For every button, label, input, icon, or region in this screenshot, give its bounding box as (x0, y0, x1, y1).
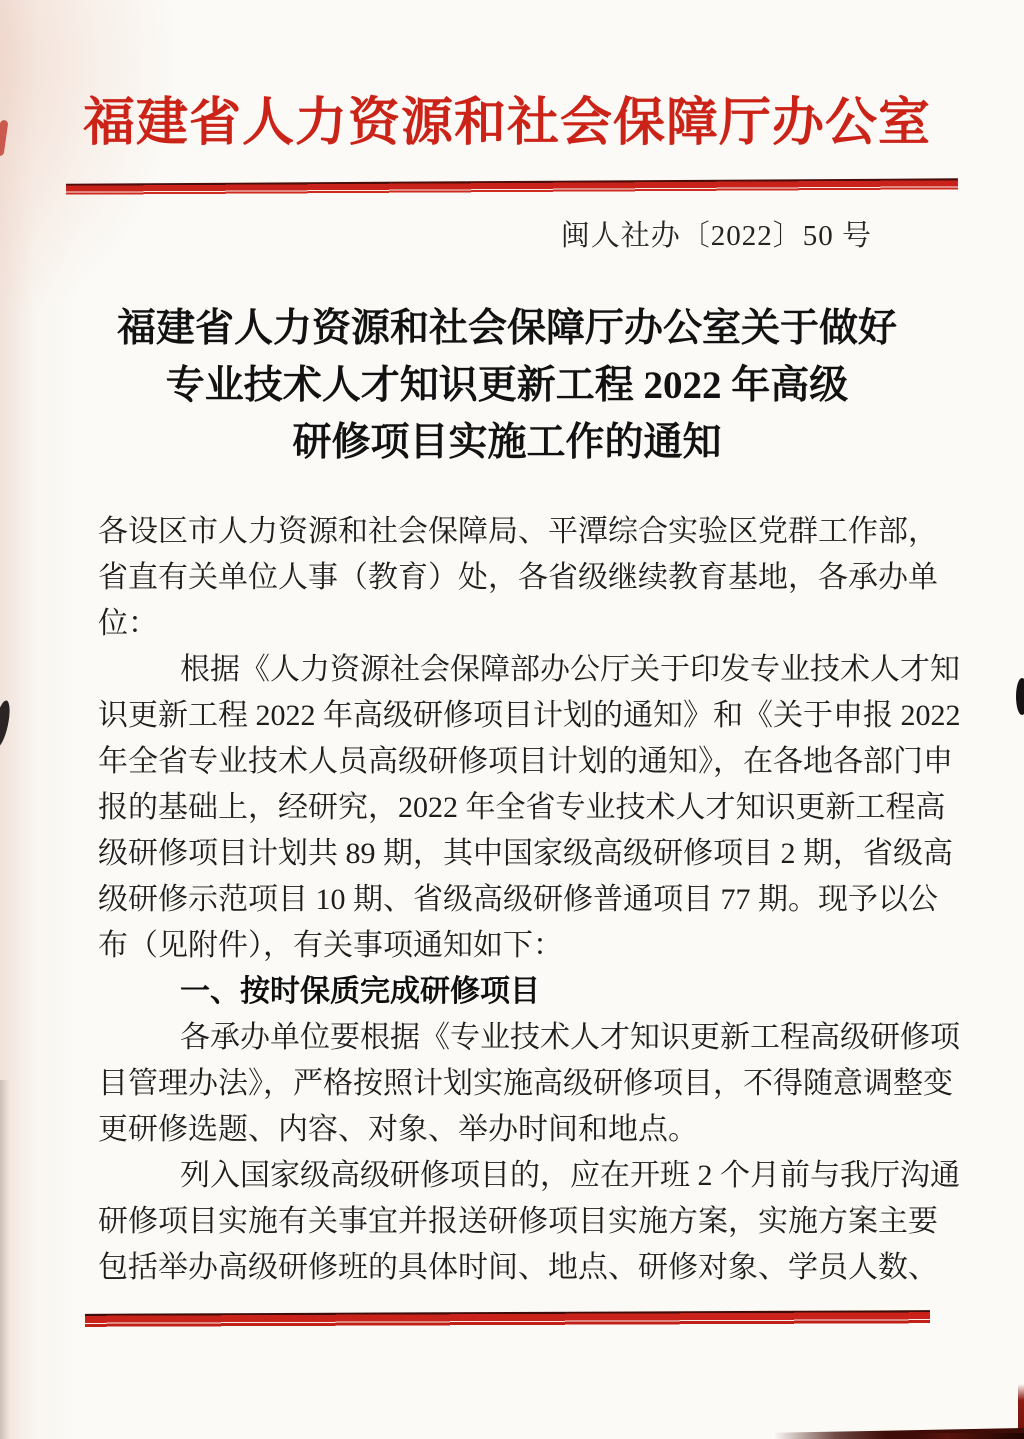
scanned-official-notice-page: 福建省人力资源和社会保障厅办公室 闽人社办〔2022〕50 号 福建省人力资源和… (0, 0, 1024, 1439)
body-line: 级研修示范项目 10 期、省级高级研修普通项目 77 期。现予以公 (98, 877, 918, 923)
header-divider-line (66, 178, 958, 195)
section-heading: 一、按时保质完成研修项目 (98, 969, 918, 1015)
scan-ink-blob-right (1016, 678, 1024, 715)
body-line: 级研修项目计划共 89 期，其中国家级高级研修项目 2 期，省级高 (98, 831, 918, 877)
document-number: 闽人社办〔2022〕50 号 (0, 219, 872, 253)
body-line: 列入国家级高级研修项目的，应在开班 2 个月前与我厅沟通 (98, 1153, 918, 1199)
title-line-2: 专业技术人才知识更新工程 2022 年高级 (0, 357, 1014, 414)
body-line: 报的基础上，经研究，2022 年全省专业技术人才知识更新工程高 (98, 785, 918, 831)
document-title: 福建省人力资源和社会保障厅办公室关于做好 专业技术人才知识更新工程 2022 年… (0, 300, 1014, 471)
body-line: 布（见附件），有关事项通知如下： (98, 923, 918, 969)
title-line-1: 福建省人力资源和社会保障厅办公室关于做好 (0, 300, 1014, 357)
body-line: 研修项目实施有关事宜并报送研修项目实施方案，实施方案主要 (98, 1199, 918, 1245)
body-line: 各承办单位要根据《专业技术人才知识更新工程高级研修项 (98, 1015, 918, 1061)
body-line: 年全省专业技术人员高级研修项目计划的通知》，在各地各部门申 (98, 739, 918, 785)
scan-ink-blob-left (0, 699, 13, 749)
body-line: 根据《人力资源社会保障部办公厅关于印发专业技术人才知 (98, 647, 918, 693)
body-line: 包括举办高级研修班的具体时间、地点、研修对象、学员人数、 (98, 1245, 918, 1291)
scan-corner-edge-dark (914, 1433, 1024, 1439)
letterhead-org-name: 福建省人力资源和社会保障厅办公室 (0, 92, 1014, 156)
scan-topleft-tint (0, 0, 180, 320)
footer-divider-line (85, 1310, 930, 1329)
scan-bottomleft-edge (0, 1080, 10, 1439)
body-line: 各设区市人力资源和社会保障局、平潭综合实验区党群工作部， (98, 509, 918, 555)
body-line: 省直有关单位人事（教育）处，各省级继续教育基地，各承办单 (98, 555, 918, 601)
document-body: 各设区市人力资源和社会保障局、平潭综合实验区党群工作部， 省直有关单位人事（教育… (98, 509, 918, 1291)
scan-left-edge-tint (0, 0, 78, 1439)
body-line: 更研修选题、内容、对象、举办时间和地点。 (98, 1107, 918, 1153)
body-line: 识更新工程 2022 年高级研修项目计划的通知》和《关于申报 2022 (98, 693, 918, 739)
title-line-3: 研修项目实施工作的通知 (0, 414, 1014, 471)
body-line: 位： (98, 601, 918, 647)
body-line: 目管理办法》，严格按照计划实施高级研修项目，不得随意调整变 (98, 1061, 918, 1107)
